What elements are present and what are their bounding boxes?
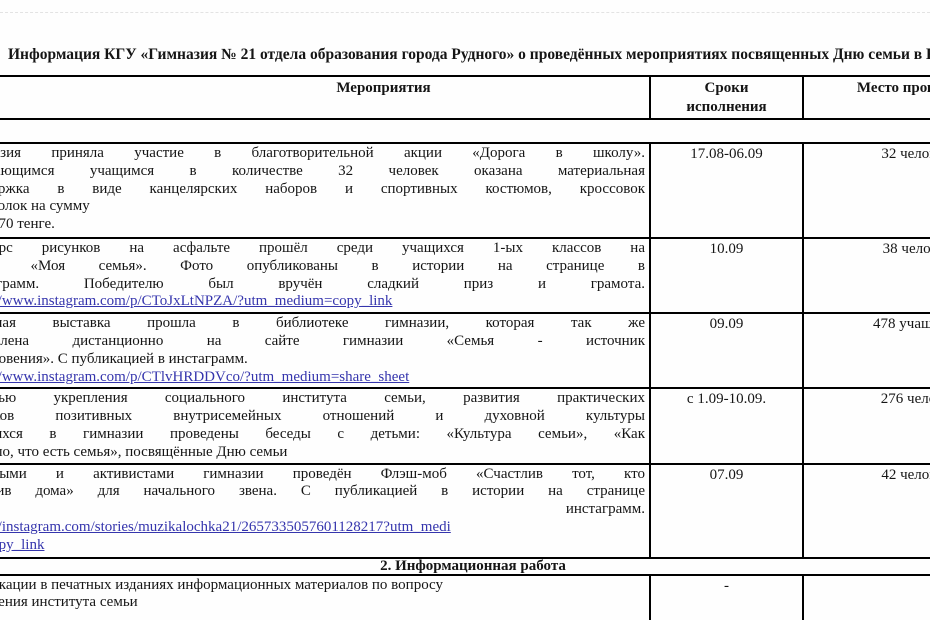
event-text-line: стаграмм. Победителю был вручён сладкий … xyxy=(0,276,645,294)
place-cell: 42 человека xyxy=(803,464,930,558)
event-text-line: жатыми и активистами гимназии проведён Ф… xyxy=(0,466,645,484)
dates-cell: 09.09 xyxy=(650,313,803,388)
instagram-link[interactable]: ps://www.instagram.com/p/CTlvHRDDVco/?ut… xyxy=(0,369,409,385)
spacer-cell xyxy=(0,119,930,143)
event-text-line: инстаграмм. xyxy=(0,501,645,519)
event-text-line: мназия приняла участие в благотворительн… xyxy=(0,145,645,163)
event-text-line: ащихся в гимназии проведены беседы с дет… xyxy=(0,426,645,444)
page-title: Информация КГУ «Гимназия № 21 отдела обр… xyxy=(8,46,930,64)
event-text-line: 0.6 70 тенге. xyxy=(0,216,645,234)
event-text-line: утболок на сумму xyxy=(0,198,645,216)
spacer-row xyxy=(0,119,930,143)
table-row: целью укрепления социального института с… xyxy=(0,388,930,463)
document-page: Информация КГУ «Гимназия № 21 отдела обр… xyxy=(0,0,930,620)
place-cell: 38 человек. xyxy=(803,238,930,313)
table-row: жатыми и активистами гимназии проведён Ф… xyxy=(0,464,930,558)
dates-cell: - xyxy=(650,575,803,620)
events-table: МероприятияСрокиисполненияМесто проведен… xyxy=(0,75,930,620)
event-text-line: рошо, что есть семья», посвящённые Дню с… xyxy=(0,444,645,462)
event-cell: бликации в печатных изданиях информацион… xyxy=(0,575,650,620)
event-text-line: нкурс рисунков на асфальте прошёл среди … xyxy=(0,240,645,258)
dates-cell: 17.08-06.09 xyxy=(650,143,803,238)
dates-cell: с 1.09-10.09. xyxy=(650,388,803,463)
place-cell: 478 учащихся. xyxy=(803,313,930,388)
event-text-line: ждающимся учащимся в количестве 32 челов… xyxy=(0,163,645,181)
table-row: мназия приняла участие в благотворительн… xyxy=(0,143,930,238)
event-text-line: бликации в печатных изданиях информацион… xyxy=(0,577,645,595)
column-header-place: Место проведения xyxy=(803,76,930,119)
header-row: МероприятияСрокиисполненияМесто проведен… xyxy=(0,76,930,119)
section-header-row: 2. Информационная работа xyxy=(0,558,930,575)
event-cell: нкурс рисунков на асфальте прошёл среди … xyxy=(0,238,650,313)
event-text-line: выков позитивных внутрисемейных отношени… xyxy=(0,408,645,426)
event-cell: целью укрепления социального института с… xyxy=(0,388,650,463)
event-cell: ижная выставка прошла в библиотеке гимна… xyxy=(0,313,650,388)
event-text-line: стлив дома» для начального звена. С публ… xyxy=(0,483,645,501)
table-row: нкурс рисунков на асфальте прошёл среди … xyxy=(0,238,930,313)
instagram-link[interactable]: ps://instagram.com/stories/muzikalochka2… xyxy=(0,519,451,535)
instagram-link[interactable]: ps://www.instagram.com/p/CToJxLtNPZA/?ut… xyxy=(0,293,392,309)
dates-cell: 10.09 xyxy=(650,238,803,313)
instagram-link[interactable]: =copy_link xyxy=(0,537,44,553)
page-boundary-line xyxy=(0,12,930,13)
place-responsible-cell: - xyxy=(803,575,930,620)
dates-cell: 07.09 xyxy=(650,464,803,558)
table-row: бликации в печатных изданиях информацион… xyxy=(0,575,930,620)
event-text-line: охновения». С публикацией в инстаграмм. xyxy=(0,351,645,369)
place-cell: 276 человек xyxy=(803,388,930,463)
section-header-cell: 2. Информационная работа xyxy=(0,558,930,575)
place-cell: 32 человека xyxy=(803,143,930,238)
event-cell: жатыми и активистами гимназии проведён Ф… xyxy=(0,464,650,558)
event-text-line: му: «Моя семья». Фото опубликованы в ист… xyxy=(0,258,645,276)
event-text-line: ижная выставка прошла в библиотеке гимна… xyxy=(0,315,645,333)
event-text-line: епления института семьи xyxy=(0,594,645,612)
table-row: ижная выставка прошла в библиотеке гимна… xyxy=(0,313,930,388)
event-text-line: ормлена дистанционно на сайте гимназии «… xyxy=(0,333,645,351)
event-text-line: целью укрепления социального института с… xyxy=(0,390,645,408)
event-text-line: ддержка в виде канцелярских наборов и сп… xyxy=(0,181,645,199)
column-header-dates: Срокиисполнения xyxy=(650,76,803,119)
event-cell: мназия приняла участие в благотворительн… xyxy=(0,143,650,238)
column-header-events: Мероприятия xyxy=(0,76,650,119)
